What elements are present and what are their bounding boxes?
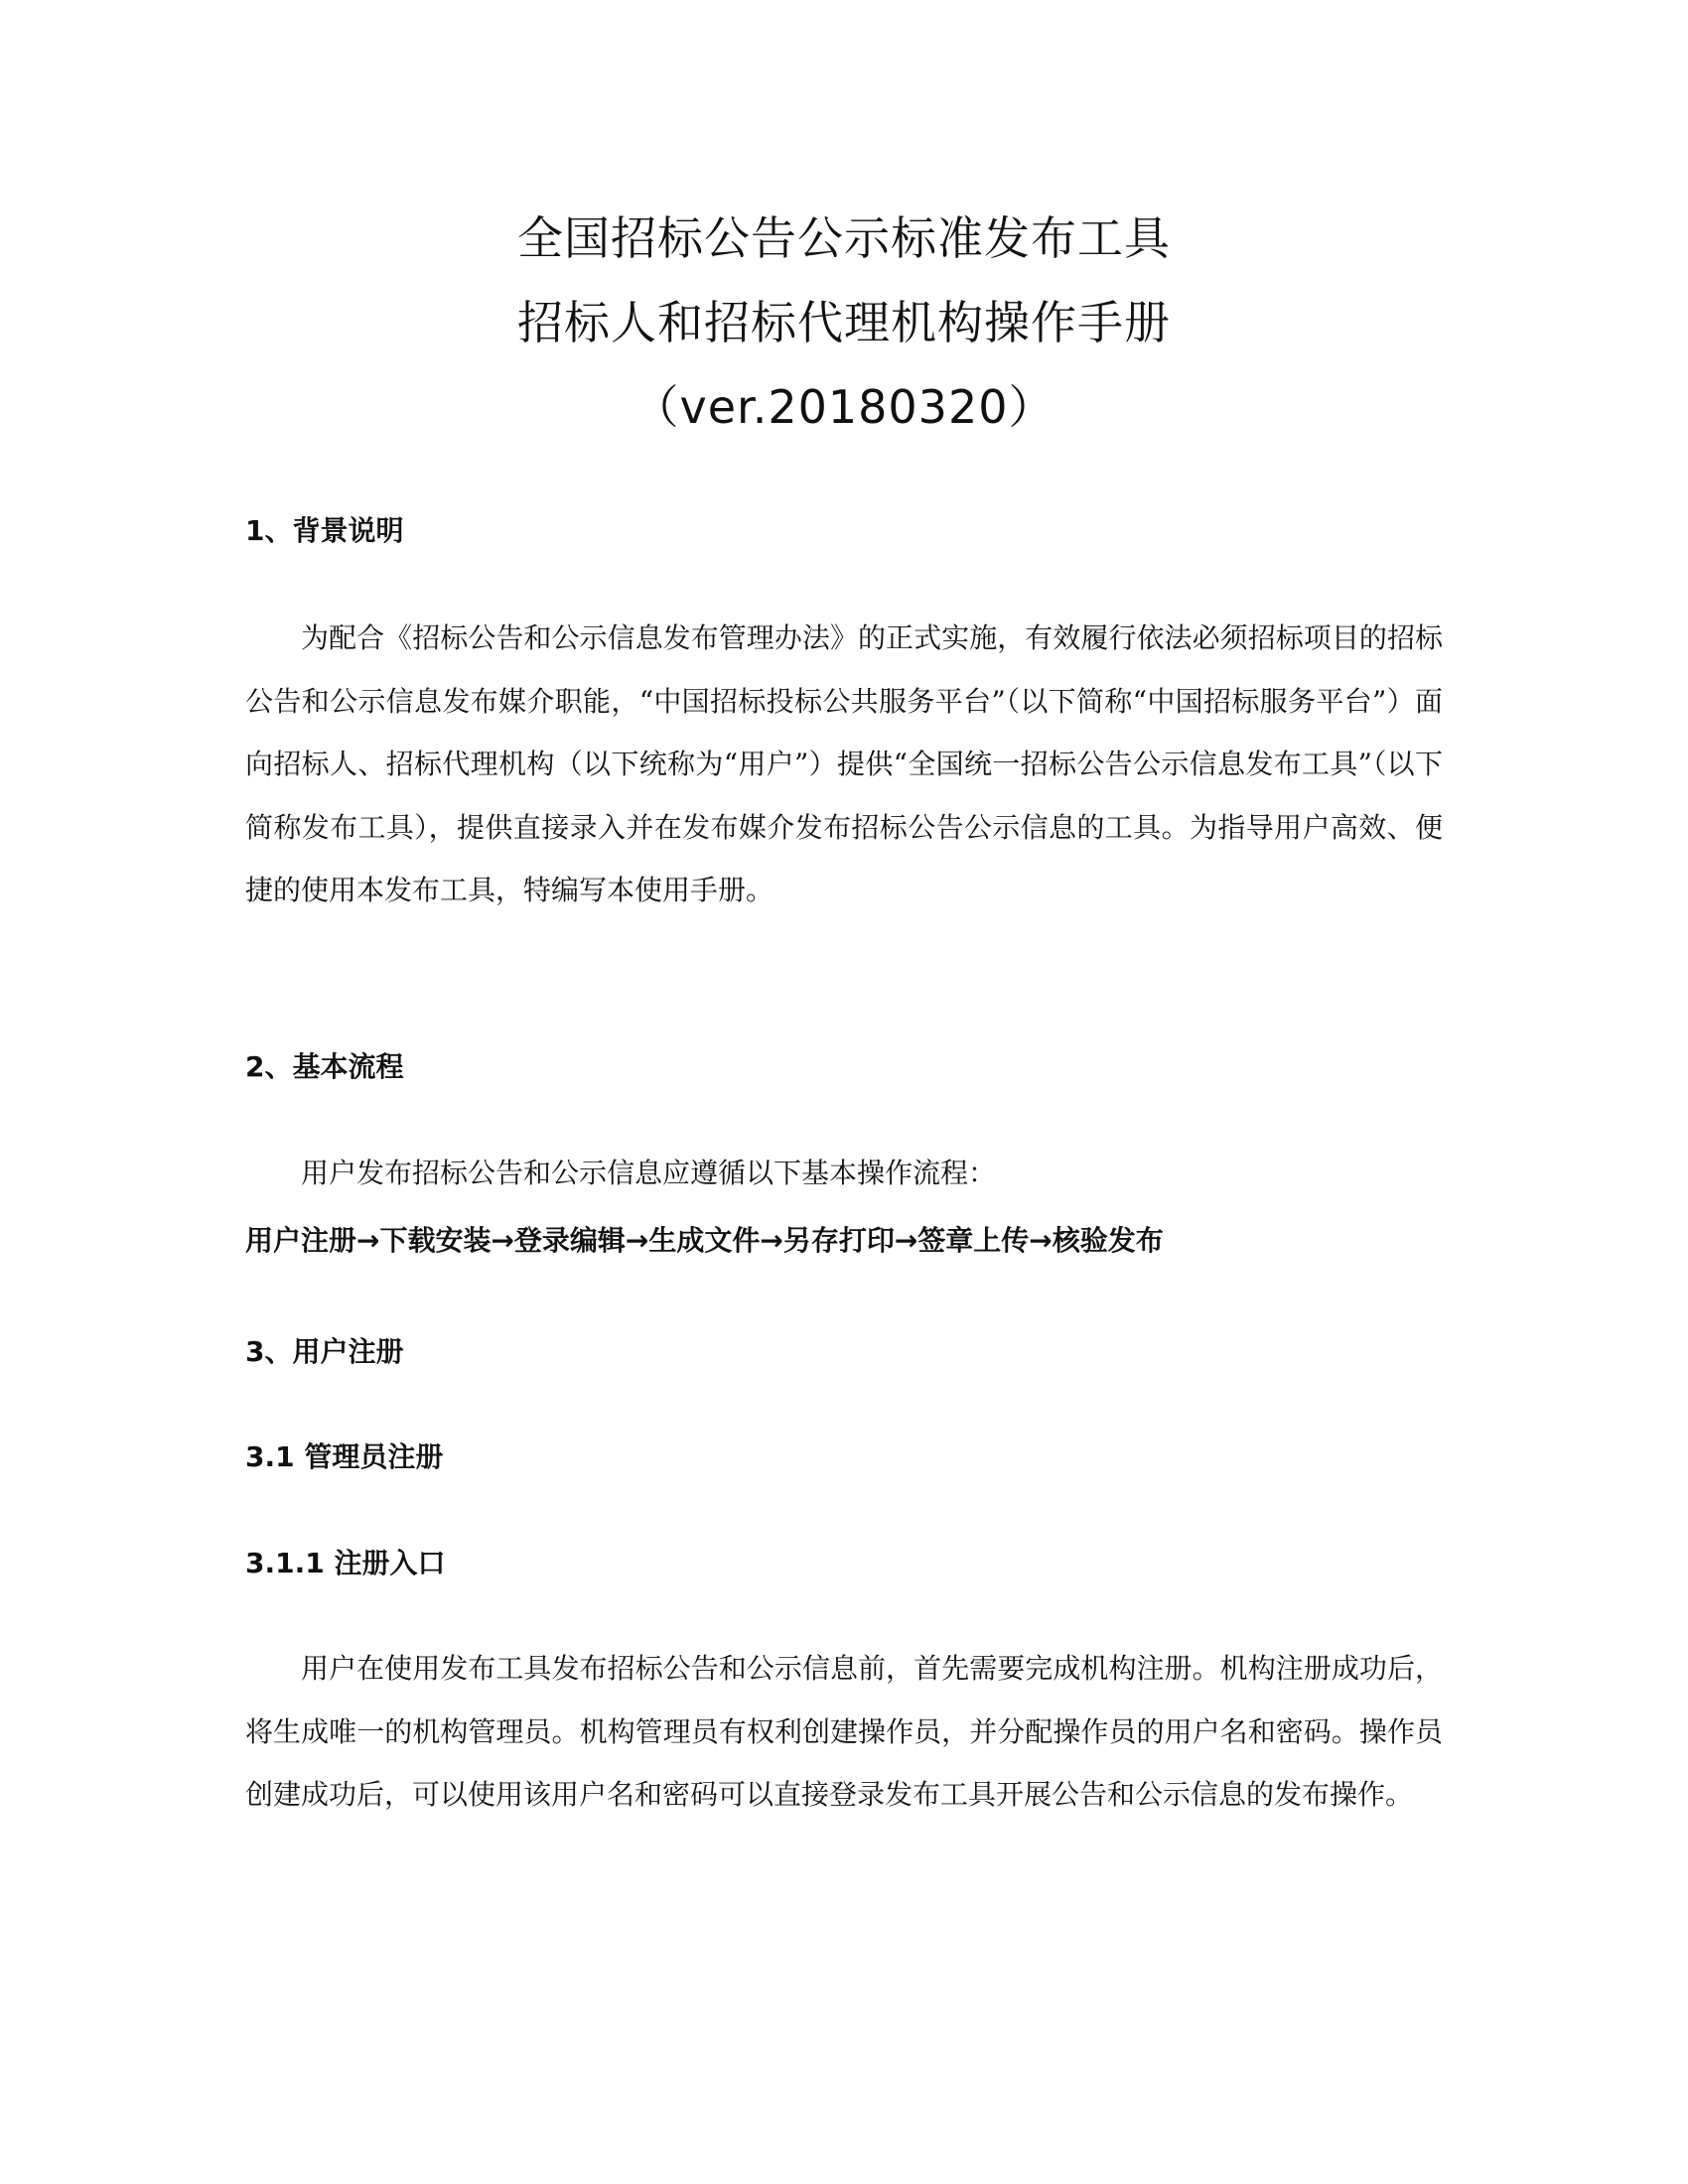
section-heading-basic-flow: 2、基本流程 xyxy=(245,1047,403,1087)
section-heading-background: 1、背景说明 xyxy=(245,511,403,551)
document-title-line-2: 招标人和招标代理机构操作手册 xyxy=(0,293,1688,352)
subsection-heading-admin-registration: 3.1 管理员注册 xyxy=(245,1437,443,1477)
section-heading-user-registration: 3、用户注册 xyxy=(245,1332,403,1372)
document-page: 全国招标公告公示标准发布工具 招标人和招标代理机构操作手册 （ver.20180… xyxy=(0,0,1688,2184)
document-title-line-1: 全国招标公告公示标准发布工具 xyxy=(0,208,1688,268)
document-version: （ver.20180320） xyxy=(0,377,1688,437)
registration-entry-paragraph: 用户在使用发布工具发布招标公告和公示信息前，首先需要完成机构注册。机构注册成功后… xyxy=(245,1637,1443,1827)
basic-flow-intro: 用户发布招标公告和公示信息应遵循以下基本操作流程： xyxy=(301,1154,1498,1193)
basic-flow-steps: 用户注册→下载安装→登录编辑→生成文件→另存打印→签章上传→核验发布 xyxy=(245,1221,1164,1261)
subsubsection-heading-registration-entry: 3.1.1 注册入口 xyxy=(245,1544,445,1583)
background-paragraph: 为配合《招标公告和公示信息发布管理办法》的正式实施，有效履行依法必须招标项目的招… xyxy=(245,607,1443,922)
